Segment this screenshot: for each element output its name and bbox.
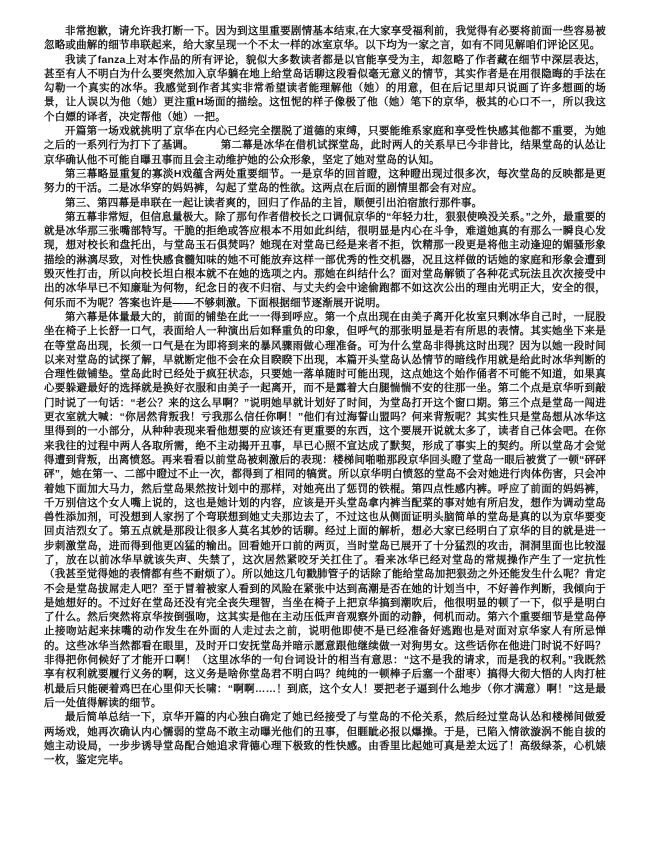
commentary-paragraph-act1-act2: 开篇第一场戏就挑明了京华在内心已经完全摆脱了道德的束缚，只要能维系家庭和享受性快… <box>44 124 606 167</box>
document-page: 非常抱歉，请允许我打断一下。因为到这里重要剧情基本结束,在大家享受福利前，我觉得… <box>0 0 650 850</box>
commentary-paragraph-fanza-reviews: 我读了fanza上对本作品的所有评论，貌似大多数读者都是以官能享受为主，却忽略了… <box>44 53 606 124</box>
commentary-paragraph-summary: 最后简单总结一下，京华开篇的内心独白确定了她已经接受了与堂岛的不伦关系，然后经过… <box>44 710 606 767</box>
commentary-text-body: 非常抱歉，请允许我打断一下。因为到这里重要剧情基本结束,在大家享受福利前，我觉得… <box>44 24 606 767</box>
commentary-paragraph-act5: 第五幕非常短，但信息量极大。除了那句作者借校长之口调侃京华的“年轻力壮，狠狠使唤… <box>44 210 606 310</box>
commentary-paragraph-act3-details: 第三幕略显重复的寡淡H戏蕴含两处重要细节。一是京华的回首瞪，这种瞪出现过很多次，… <box>44 167 606 196</box>
commentary-paragraph-act3-act4: 第三、第四幕是串联在一起让读者爽的，回归了作品的主旨，顺便引出泊宿旅行那件事。 <box>44 196 606 210</box>
commentary-paragraph-intro: 非常抱歉，请允许我打断一下。因为到这里重要剧情基本结束,在大家享受福利前，我觉得… <box>44 24 606 53</box>
commentary-paragraph-act6-analysis: 第六幕是体量最大的，前面的铺垫在此一一得到呼应。第一个点出现在由美子离开化妆室只… <box>44 310 606 710</box>
